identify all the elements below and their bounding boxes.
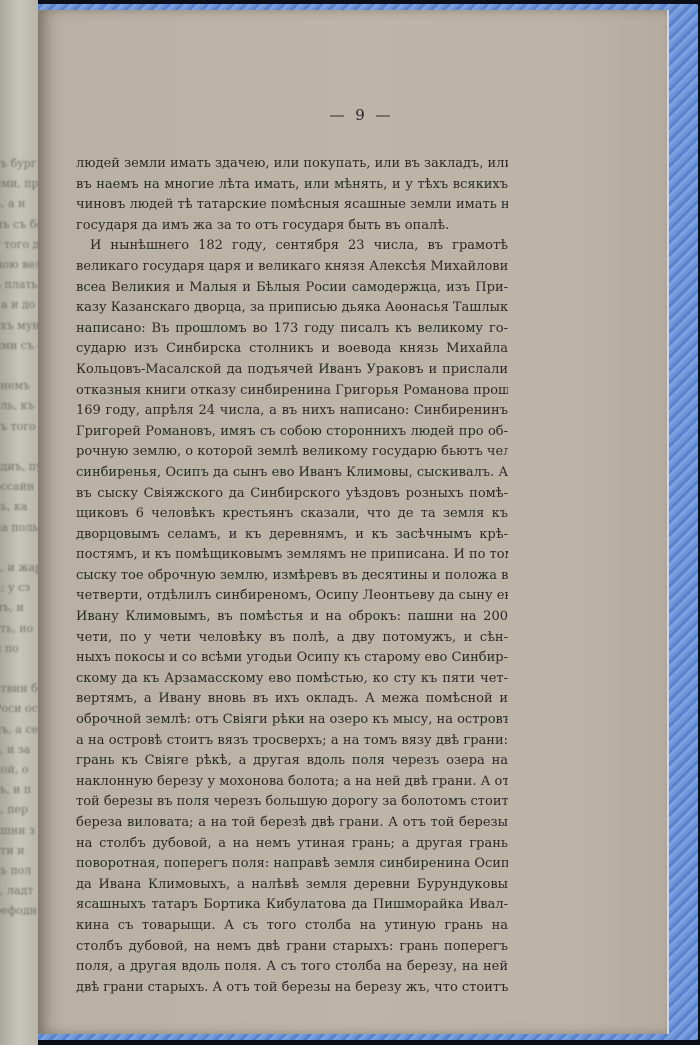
text-line: отказныя книги отказу синбиренина Григор… — [76, 381, 508, 402]
text-line: Григорей Романовъ, имяъ съ собою сторонн… — [76, 422, 508, 443]
previous-page-text-line: ими съ об — [0, 332, 38, 359]
text-line: вертямъ, а Ивану вновь въ ихъ окладъ. А … — [76, 689, 508, 710]
text-line: ныхъ покосы и со всѣми угодьи Осипу къ с… — [76, 648, 508, 669]
previous-page-text-line: рефодн — [0, 897, 38, 924]
text-line: чети, по у чети человѣку въ полѣ, а дву … — [76, 628, 508, 649]
text-line: скому да къ Арзамасскому ево помѣстью, к… — [76, 669, 508, 690]
previous-page-text-line: тъ того — [0, 413, 38, 440]
text-line: береза виловата; а на той березѣ двѣ гра… — [76, 813, 508, 834]
text-line: въ наемъ на многие лѣта имать, или мѣнят… — [76, 175, 508, 196]
text-line: кина съ товарыщи. А съ того столба на ут… — [76, 916, 508, 937]
text-line: государя да имъ жа за то отъ государя бы… — [76, 216, 508, 237]
previous-page-sliver: съ бургими, пръ, а имъ съ беу того домою… — [0, 0, 38, 1045]
text-line: столбъ дубовой, на немъ двѣ грани старых… — [76, 937, 508, 958]
text-line: чиновъ людей тѣ татарские помѣсныя ясашн… — [76, 195, 508, 216]
text-line: въ сыску Свіяжского да Синбирского уѣздо… — [76, 484, 508, 505]
text-line: синбиренья, Осипъ да сынъ ево Иванъ Клим… — [76, 463, 508, 484]
text-line: великаго государя царя и великаго князя … — [76, 257, 508, 278]
text-line: оброчной землѣ: отъ Свіяги рѣки на озеро… — [76, 710, 508, 731]
text-line: ясашныхъ татаръ Бортика Кибулатова да Пи… — [76, 895, 508, 916]
text-line: людей земли имать здачею, или покупать, … — [76, 154, 508, 175]
text-line: сыску тое оброчную землю, измѣревъ въ де… — [76, 566, 508, 587]
text-line: постямъ, и къ помѣщиковымъ землямъ не пр… — [76, 545, 508, 566]
text-line: дворцовымъ селамъ, и къ деревнямъ, и къ … — [76, 525, 508, 546]
text-line: всеа Великия и Малыя и Бѣлыя Росии самод… — [76, 278, 508, 299]
text-line: Кольцовъ-Масалской да подъячей Иванъ Ура… — [76, 360, 508, 381]
previous-page-text-line: на поль — [0, 514, 38, 541]
text-line: щиковъ 6 человѣкъ крестьянъ сказали, что… — [76, 504, 508, 525]
page-number: — 9 — — [38, 106, 667, 124]
text-line: наклонную березу у мохонова болота; а на… — [76, 772, 508, 793]
text-line: двѣ грани старыхъ. А отъ той березы на б… — [76, 978, 508, 999]
text-line: написано: Въ прошломъ во 173 году писалъ… — [76, 319, 508, 340]
page-body-text: людей земли имать здачею, или покупать, … — [76, 154, 508, 998]
text-line: той березы въ поля черезъ большую дорогу… — [76, 792, 508, 813]
text-line: И нынѣшнего 182 году, сентября 23 числа,… — [76, 236, 508, 257]
text-line: 169 году, апрѣля 24 числа, а въ нихъ нап… — [76, 401, 508, 422]
text-line: на столбъ дубовой, а на немъ утиная гран… — [76, 834, 508, 855]
text-line: да Ивана Климовыхъ, а налѣвѣ земля дерев… — [76, 875, 508, 896]
text-line: сударю изъ Синбирска столникъ и воевода … — [76, 339, 508, 360]
text-line: поворотная, поперегъ поля: направѣ земля… — [76, 854, 508, 875]
text-line: четверти, отдѣлилъ синбиреномъ, Осипу Ле… — [76, 586, 508, 607]
previous-page-text-line: и по — [0, 635, 38, 662]
text-line: казу Казанскаго дворца, за приписью дьяк… — [76, 298, 508, 319]
text-line: Ивану Климовымъ, въ помѣстья и на оброкъ… — [76, 607, 508, 628]
text-line: грань къ Свіяге рѣкѣ, а другая вдоль пол… — [76, 751, 508, 772]
book-page: — 9 — людей земли имать здачею, или поку… — [38, 10, 669, 1034]
text-line: а на островѣ стоитъ вязъ тросверхъ; а на… — [76, 731, 508, 752]
text-line: рочную землю, о которой землѣ великому г… — [76, 442, 508, 463]
text-line: поля, а другая вдоль поля. А съ того сто… — [76, 957, 508, 978]
